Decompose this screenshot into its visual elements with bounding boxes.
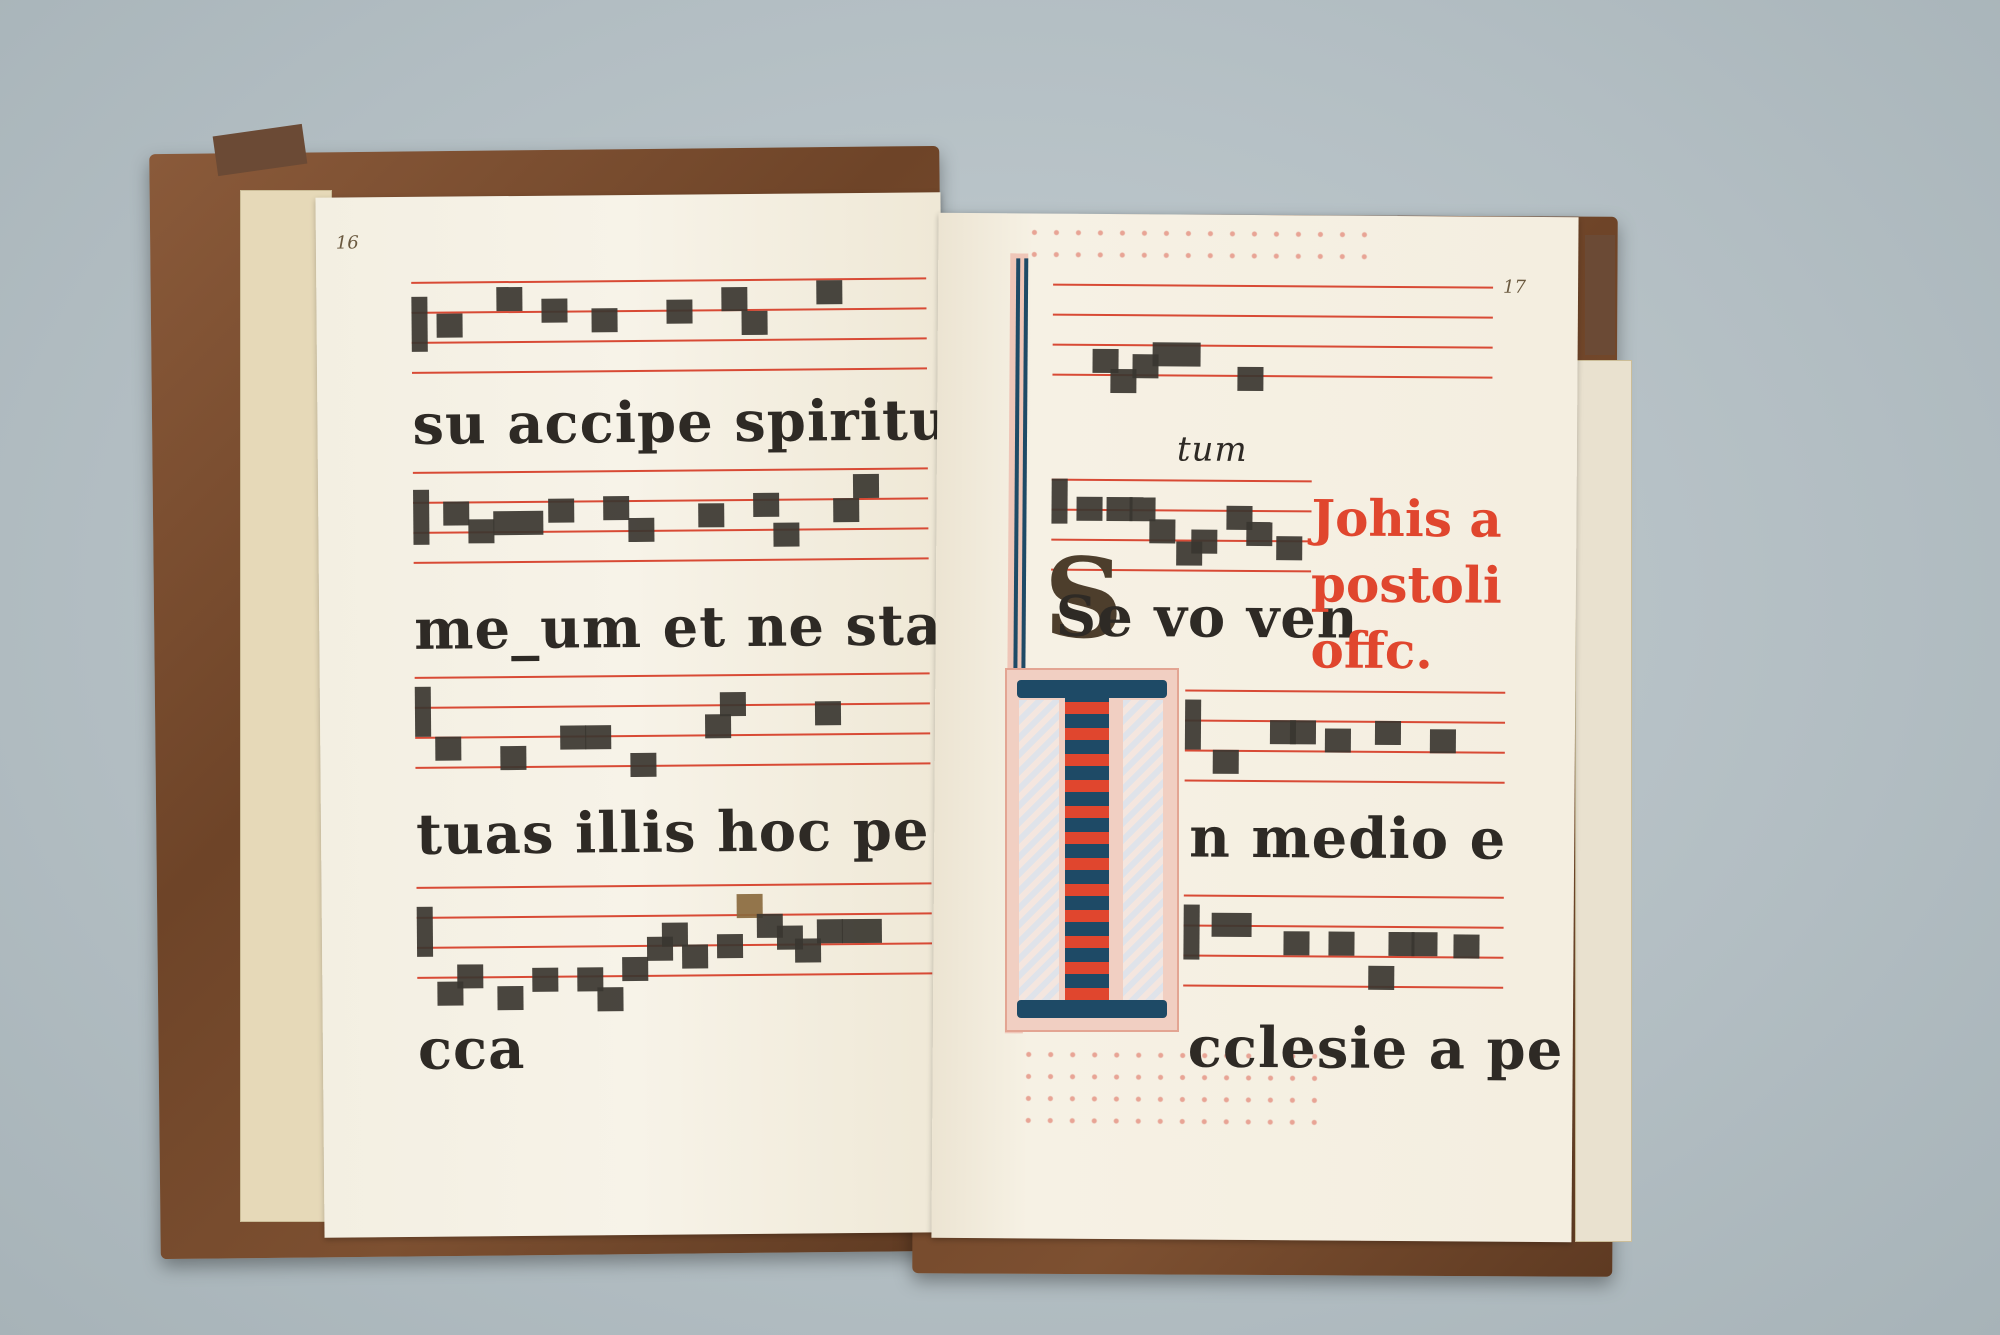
initial-stem — [1065, 688, 1109, 1008]
staff — [1184, 690, 1505, 804]
rubric-heading: Johis a postoli offc. — [1310, 485, 1502, 684]
initial-top-bar — [1017, 680, 1167, 698]
staff — [1183, 895, 1504, 1009]
lyric-line: cca — [418, 1016, 526, 1083]
lyric-line: cclesie a pe — [1188, 1015, 1564, 1084]
lyric-line: su accipe spiritu — [412, 387, 951, 458]
folio-number: 16 — [336, 232, 359, 253]
staff — [416, 882, 932, 998]
staff — [415, 672, 931, 788]
initial-filigree — [1123, 700, 1163, 1000]
staff — [413, 467, 929, 583]
staff — [411, 277, 927, 393]
left-page: 16 su accipe spiritu me_um et ne sta tua… — [315, 192, 949, 1237]
lyric-line: n medio e — [1189, 805, 1506, 873]
initial-filigree — [1019, 700, 1059, 1000]
lyric-line: tum — [1177, 429, 1248, 469]
page-stack-right — [1575, 360, 1632, 1242]
floral-border-top — [1023, 221, 1373, 273]
initial-bottom-bar — [1017, 1000, 1167, 1018]
lyric-line: tuas illis hoc pe — [416, 797, 930, 867]
folio-number: 17 — [1503, 277, 1526, 298]
illuminated-initial-i — [1005, 668, 1179, 1032]
cover-tab-right — [1585, 235, 1615, 355]
lyric-line: me_um et ne sta — [414, 592, 942, 663]
staff — [1052, 284, 1493, 399]
